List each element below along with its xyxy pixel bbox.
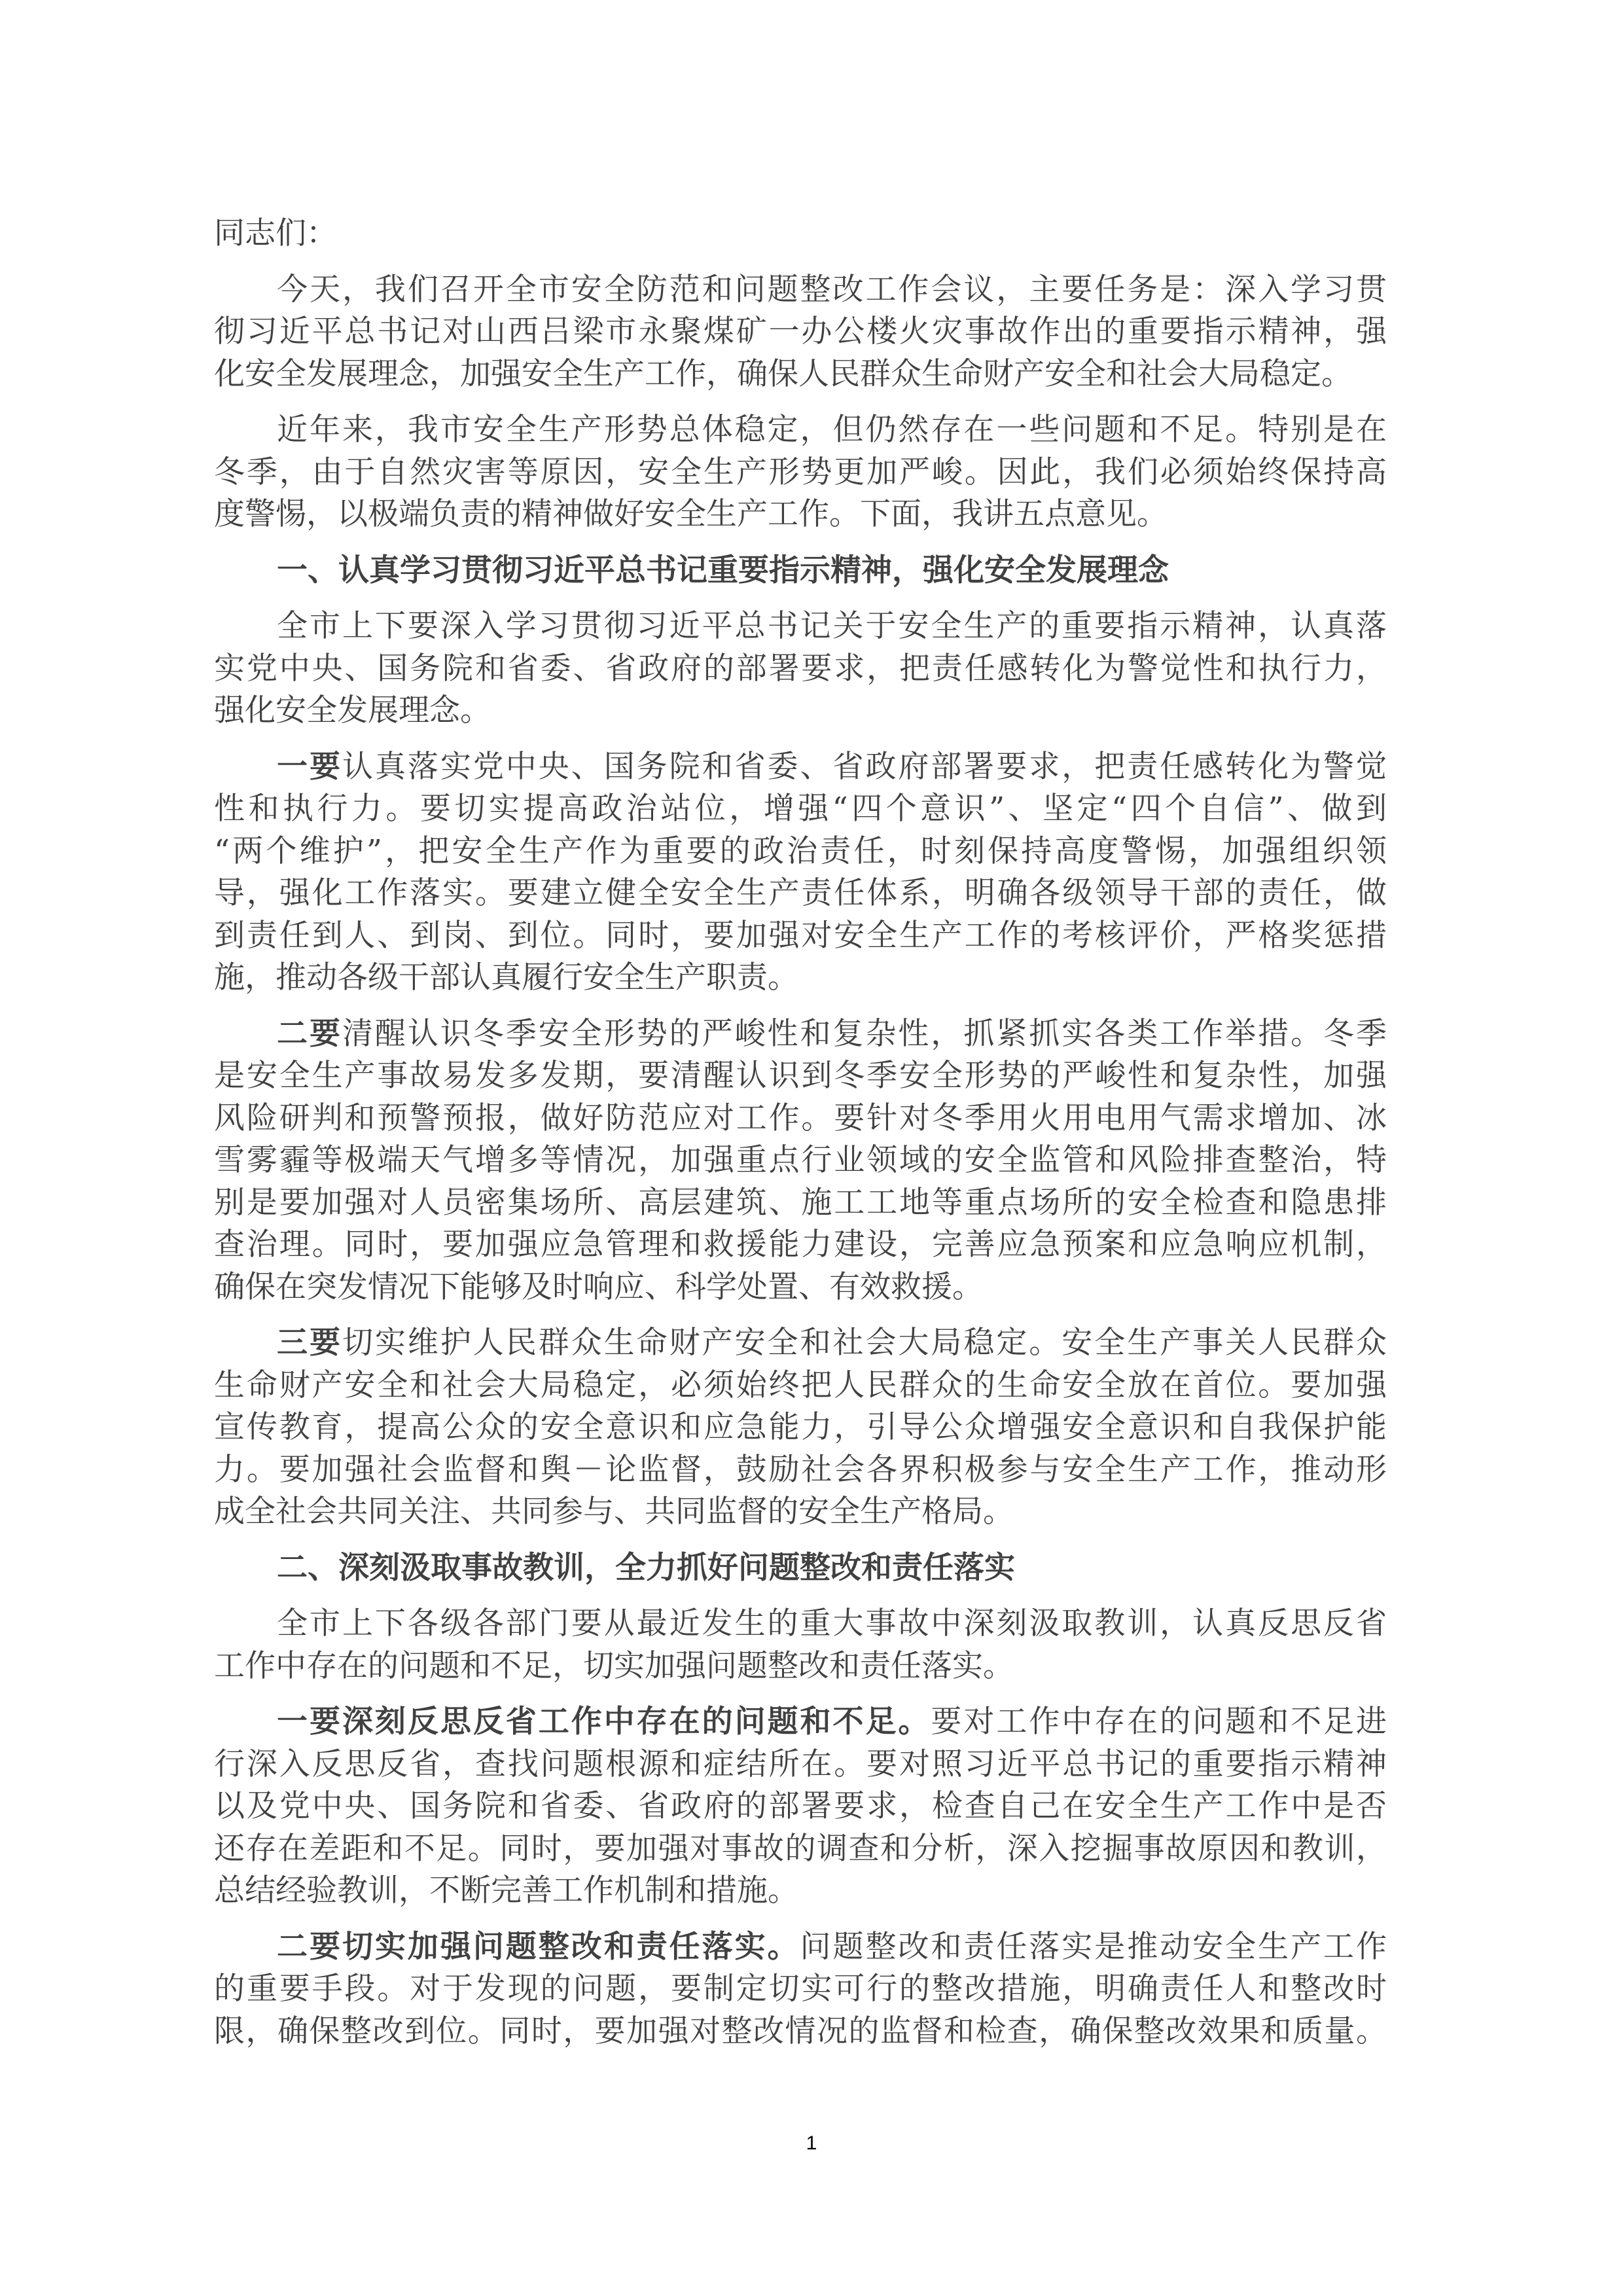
opening-paragraph-2: 近年来，我市安全生产形势总体稳定，但仍然存在一些问题和不足。特别是在 冬季，由于… bbox=[214, 409, 1387, 536]
document-page: 同志们： 今天，我们召开全市安全防范和问题整改工作会议，主要任务是：深入学习贯 … bbox=[214, 213, 1387, 2066]
point-lead: 三要 bbox=[277, 1325, 342, 1361]
text-line: 成全社会共同关注、共同参与、共同监督的安全生产格局。 bbox=[214, 1491, 1387, 1534]
point-lead: 一要 bbox=[277, 749, 342, 785]
text-line: 全市上下要深入学习贯彻习近平总书记关于安全生产的重要指示精神，认真落 bbox=[214, 605, 1387, 648]
text-line: 一要认真落实党中央、国务院和省委、省政府部署要求，把责任感转化为警觉 bbox=[214, 746, 1387, 789]
opening-paragraph-1: 今天，我们召开全市安全防范和问题整改工作会议，主要任务是：深入学习贯 彻习近平总… bbox=[214, 269, 1387, 396]
text-line: 总结经验教训，不断完善工作机制和措施。 bbox=[214, 1870, 1387, 1912]
text-line: 生命财产安全和社会大局稳定，必须始终把人民群众的生命安全放在首位。要加强 bbox=[214, 1365, 1387, 1407]
point-text: 切实维护人民群众生命财产安全和社会大局稳定。安全生产事关人民群众 bbox=[342, 1325, 1387, 1361]
section-1-point-2: 二要清醒认识冬季安全形势的严峻性和复杂性，抓紧抓实各类工作举措。冬季 是安全生产… bbox=[214, 1013, 1387, 1309]
heading-text: 一、认真学习贯彻习近平总书记重要指示精神，强化安全发展理念 bbox=[214, 550, 1387, 592]
text-line: 二要切实加强问题整改和责任落实。问题整改和责任落实是推动安全生产工作 bbox=[214, 1926, 1387, 1969]
section-2-point-1: 一要深刻反思反省工作中存在的问题和不足。要对工作中存在的问题和不足进 行深入反思… bbox=[214, 1701, 1387, 1912]
text-line: 冬季，由于自然灾害等原因，安全生产形势更加严峻。因此，我们必须始终保持高 bbox=[214, 452, 1387, 494]
text-line: 近年来，我市安全生产形势总体稳定，但仍然存在一些问题和不足。特别是在 bbox=[214, 409, 1387, 452]
section-2-point-2: 二要切实加强问题整改和责任落实。问题整改和责任落实是推动安全生产工作 的重要手段… bbox=[214, 1926, 1387, 2053]
point-lead: 二要切实加强问题整改和责任落实。 bbox=[277, 1929, 800, 1965]
text-line: 的重要手段。对于发现的问题，要制定切实可行的整改措施，明确责任人和整改时 bbox=[214, 1968, 1387, 2011]
text-line: 宣传教育，提高公众的安全意识和应急能力，引导公众增强安全意识和自我保护能 bbox=[214, 1407, 1387, 1449]
text-line: 导，强化工作落实。要建立健全安全生产责任体系，明确各级领导干部的责任，做 bbox=[214, 872, 1387, 915]
text-line: 确保在突发情况下能够及时响应、科学处置、有效救援。 bbox=[214, 1266, 1387, 1309]
text-line: 彻习近平总书记对山西吕梁市永聚煤矿一办公楼火灾事故作出的重要指示精神，强 bbox=[214, 311, 1387, 353]
text-line: 全市上下各级各部门要从最近发生的重大事故中深刻汲取教训，认真反思反省 bbox=[214, 1603, 1387, 1645]
section-1-heading: 一、认真学习贯彻习近平总书记重要指示精神，强化安全发展理念 bbox=[214, 550, 1387, 592]
point-text: 要对工作中存在的问题和不足进 bbox=[931, 1704, 1387, 1740]
text-line: 化安全发展理念，加强安全生产工作，确保人民群众生命财产安全和社会大局稳定。 bbox=[214, 353, 1387, 396]
text-line: 性和执行力。要切实提高政治站位，增强“四个意识”、坚定“四个自信”、做到 bbox=[214, 788, 1387, 831]
text-line: 以及党中央、国务院和省委、省政府的部署要求，检查自己在安全生产工作中是否 bbox=[214, 1785, 1387, 1828]
text-line: 限，确保整改到位。同时，要加强对整改情况的监督和检查，确保整改效果和质量。 bbox=[214, 2011, 1387, 2053]
text-line: 实党中央、国务院和省委、省政府的部署要求，把责任感转化为警觉性和执行力， bbox=[214, 648, 1387, 691]
salutation: 同志们： bbox=[214, 213, 1387, 255]
heading-text: 二、深刻汲取事故教训，全力抓好问题整改和责任落实 bbox=[214, 1547, 1387, 1590]
point-text: 问题整改和责任落实是推动安全生产工作 bbox=[800, 1929, 1387, 1965]
text-line: 查治理。同时，要加强应急管理和救援能力建设，完善应急预案和应急响应机制， bbox=[214, 1224, 1387, 1266]
text-line: 是安全生产事故易发多发期，要清醒认识到冬季安全形势的严峻性和复杂性，加强 bbox=[214, 1055, 1387, 1098]
section-1-intro: 全市上下要深入学习贯彻习近平总书记关于安全生产的重要指示精神，认真落 实党中央、… bbox=[214, 605, 1387, 732]
text-line: 度警惕，以极端负责的精神做好安全生产工作。下面，我讲五点意见。 bbox=[214, 493, 1387, 536]
salutation-text: 同志们： bbox=[214, 213, 1387, 255]
text-line: 二要清醒认识冬季安全形势的严峻性和复杂性，抓紧抓实各类工作举措。冬季 bbox=[214, 1013, 1387, 1056]
text-line: 一要深刻反思反省工作中存在的问题和不足。要对工作中存在的问题和不足进 bbox=[214, 1701, 1387, 1744]
text-line: 力。要加强社会监督和舆－论监督，鼓励社会各界积极参与安全生产工作，推动形 bbox=[214, 1449, 1387, 1492]
text-line: “两个维护”，把安全生产作为重要的政治责任，时刻保持高度警惕，加强组织领 bbox=[214, 831, 1387, 873]
point-lead: 二要 bbox=[277, 1016, 342, 1052]
page-number: 1 bbox=[0, 2132, 1623, 2155]
point-text: 清醒认识冬季安全形势的严峻性和复杂性，抓紧抓实各类工作举措。冬季 bbox=[342, 1016, 1387, 1052]
text-line: 工作中存在的问题和不足，切实加强问题整改和责任落实。 bbox=[214, 1645, 1387, 1688]
text-line: 强化安全发展理念。 bbox=[214, 690, 1387, 732]
text-line: 今天，我们召开全市安全防范和问题整改工作会议，主要任务是：深入学习贯 bbox=[214, 269, 1387, 312]
text-line: 行深入反思反省，查找问题根源和症结所在。要对照习近平总书记的重要指示精神 bbox=[214, 1744, 1387, 1786]
text-line: 三要切实维护人民群众生命财产安全和社会大局稳定。安全生产事关人民群众 bbox=[214, 1322, 1387, 1365]
section-1-point-3: 三要切实维护人民群众生命财产安全和社会大局稳定。安全生产事关人民群众 生命财产安… bbox=[214, 1322, 1387, 1534]
text-line: 还存在差距和不足。同时，要加强对事故的调查和分析，深入挖掘事故原因和教训， bbox=[214, 1828, 1387, 1871]
point-text: 认真落实党中央、国务院和省委、省政府部署要求，把责任感转化为警觉 bbox=[342, 749, 1387, 785]
section-2-heading: 二、深刻汲取事故教训，全力抓好问题整改和责任落实 bbox=[214, 1547, 1387, 1590]
section-1-point-1: 一要认真落实党中央、国务院和省委、省政府部署要求，把责任感转化为警觉 性和执行力… bbox=[214, 746, 1387, 999]
point-lead: 一要深刻反思反省工作中存在的问题和不足。 bbox=[277, 1704, 931, 1740]
text-line: 施，推动各级干部认真履行安全生产职责。 bbox=[214, 957, 1387, 999]
text-line: 别是要加强对人员密集场所、高层建筑、施工工地等重点场所的安全检查和隐患排 bbox=[214, 1182, 1387, 1225]
text-line: 到责任到人、到岗、到位。同时，要加强对安全生产工作的考核评价，严格奖惩措 bbox=[214, 915, 1387, 958]
section-2-intro: 全市上下各级各部门要从最近发生的重大事故中深刻汲取教训，认真反思反省 工作中存在… bbox=[214, 1603, 1387, 1687]
text-line: 风险研判和预警预报，做好防范应对工作。要针对冬季用火用电用气需求增加、冰 bbox=[214, 1098, 1387, 1140]
text-line: 雪雾霾等极端天气增多等情况，加强重点行业领域的安全监管和风险排查整治，特 bbox=[214, 1139, 1387, 1182]
